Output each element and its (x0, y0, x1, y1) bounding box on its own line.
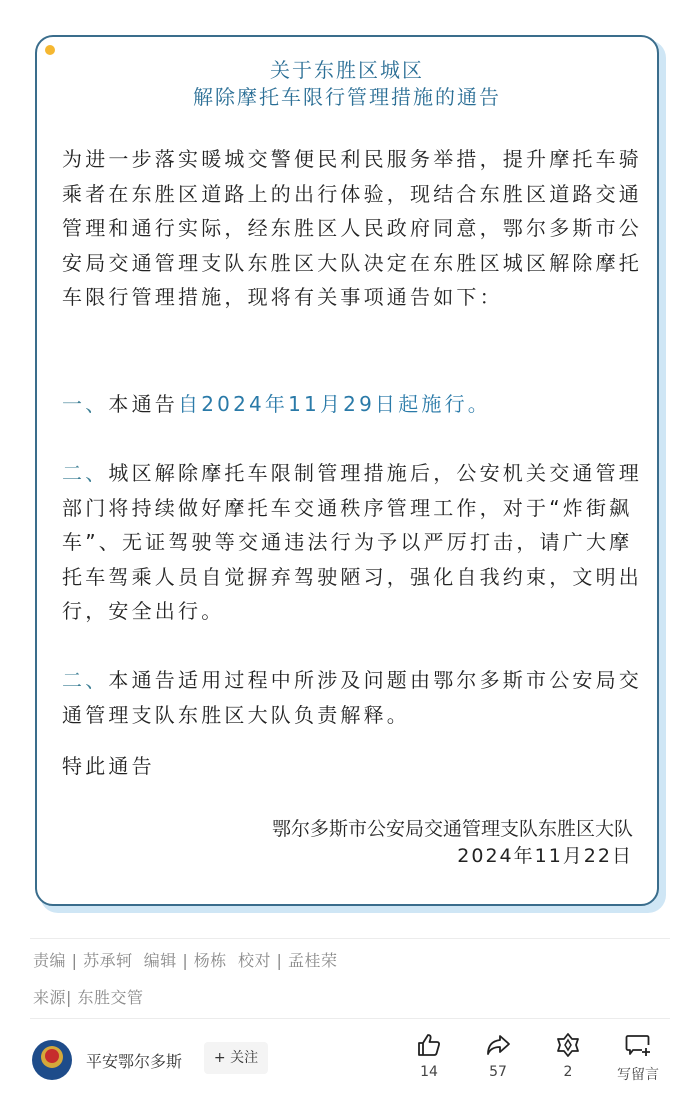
follow-button[interactable]: + 关注 (204, 1042, 268, 1074)
editor-credits: 责编 | 苏承轲 编辑 | 杨栋 校对 | 孟桂荣 (33, 948, 338, 971)
recommend-icon (555, 1032, 581, 1058)
write-comment-label: 写留言 (608, 1064, 668, 1084)
intro-paragraph: 为进一步落实暖城交警便民利民服务举措，提升摩托车骑乘者在东胜区道路上的出行体验，… (62, 142, 642, 315)
like-button[interactable]: 14 (399, 1032, 459, 1080)
share-count: 57 (468, 1064, 528, 1080)
item-1-paragraph: 一、本通告自2024年11月29日起施行。 (62, 387, 642, 422)
share-icon (485, 1032, 511, 1058)
recommend-count: 2 (538, 1064, 598, 1080)
account-name[interactable]: 平安鄂尔多斯 (86, 1049, 182, 1072)
closing-text: 特此通告 (62, 749, 642, 784)
comment-icon (624, 1032, 652, 1058)
article-footer-bar: 平安鄂尔多斯 + 关注 14 57 2 写留言 (0, 1020, 700, 1105)
divider (30, 1018, 670, 1019)
divider (30, 938, 670, 939)
recommend-button[interactable]: 2 (538, 1032, 598, 1080)
emblem-center (45, 1049, 59, 1063)
item-1-effective-date: 自2024年11月29日起施行。 (178, 392, 491, 416)
source-credit: 来源| 东胜交管 (33, 985, 143, 1008)
item-2-paragraph: 二、城区解除摩托车限制管理措施后，公安机关交通管理部门将持续做好摩托车交通秩序管… (62, 456, 642, 629)
item-2-text: 城区解除摩托车限制管理措施后，公安机关交通管理部门将持续做好摩托车交通秩序管理工… (62, 461, 642, 623)
title-line-1: 关于东胜区城区 (37, 57, 657, 84)
write-comment-button[interactable]: 写留言 (608, 1032, 668, 1084)
item-3-text: 本通告适用过程中所涉及问题由鄂尔多斯市公安局交通管理支队东胜区大队负责解释。 (62, 668, 642, 727)
thumbs-up-icon (416, 1032, 442, 1058)
decorative-dot (45, 45, 55, 55)
share-button[interactable]: 57 (468, 1032, 528, 1080)
item-1-text: 本通告 (108, 392, 178, 416)
title-line-2: 解除摩托车限行管理措施的通告 (37, 84, 657, 111)
notice-title: 关于东胜区城区 解除摩托车限行管理措施的通告 (37, 57, 657, 111)
like-count: 14 (399, 1064, 459, 1080)
item-3-paragraph: 二、本通告适用过程中所涉及问题由鄂尔多斯市公安局交通管理支队东胜区大队负责解释。 (62, 663, 642, 732)
notice-card: 关于东胜区城区 解除摩托车限行管理措施的通告 为进一步落实暖城交警便民利民服务举… (35, 35, 659, 906)
item-3-number: 二、 (62, 668, 108, 692)
signature-date: 2024年11月22日 (457, 843, 633, 869)
item-1-number: 一、 (62, 392, 108, 416)
item-2-number: 二、 (62, 461, 108, 485)
account-avatar[interactable] (32, 1040, 72, 1080)
signature-org: 鄂尔多斯市公安局交通管理支队东胜区大队 (272, 816, 633, 842)
